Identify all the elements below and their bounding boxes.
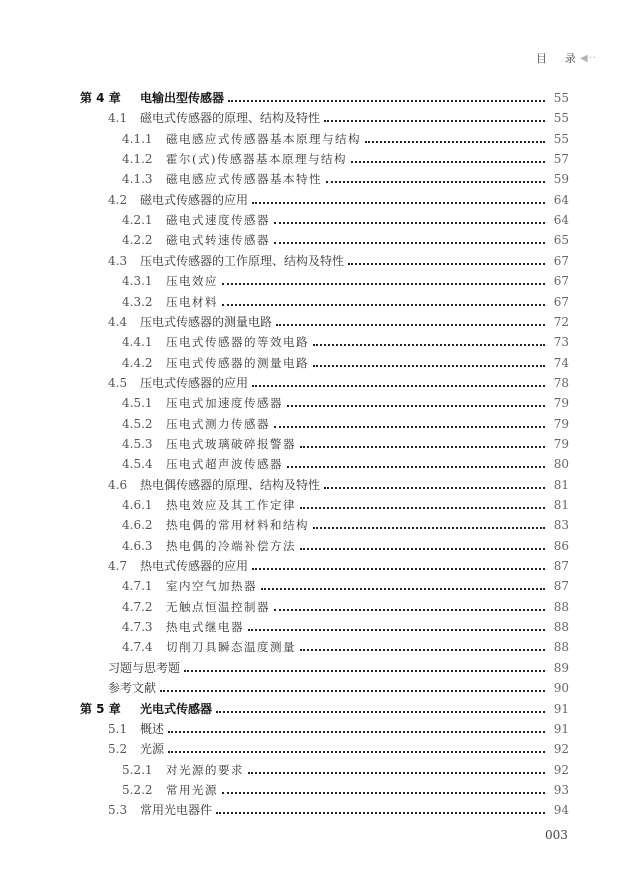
dot-leader	[274, 597, 545, 617]
toc-entry-subsection[interactable]: 4.3.2压电材料67	[122, 292, 569, 312]
toc-entry-section[interactable]: 4.2磁电式传感器的应用64	[108, 190, 569, 210]
arrow-left-icon: ◀··	[580, 53, 597, 64]
dot-leader	[351, 149, 545, 169]
toc-entry-title: 压电式传感器的工作原理、结构及特性	[140, 251, 344, 271]
dot-leader	[252, 190, 545, 210]
toc-entry-page: 64	[549, 210, 569, 230]
toc-entry-title: 压电式测力传感器	[166, 414, 270, 434]
toc-entry-number: 5.1	[108, 719, 132, 739]
toc-entry-number: 4.1.1	[122, 129, 158, 149]
toc-entry-section[interactable]: 4.5压电式传感器的应用78	[108, 373, 569, 393]
toc-entry-number: 5.2.1	[122, 760, 158, 780]
toc-entry-number: 4.4.1	[122, 332, 158, 352]
toc-entry-subsection[interactable]: 4.2.2磁电式转速传感器65	[122, 230, 569, 250]
toc-entry-title: 磁电感应式传感器基本原理与结构	[166, 129, 361, 149]
toc-entry-title: 热电偶的冷端补偿方法	[166, 536, 296, 556]
dot-leader	[261, 576, 545, 596]
toc-entry-page: 55	[549, 129, 569, 149]
toc-entry-subsection[interactable]: 4.2.1磁电式速度传感器64	[122, 210, 569, 230]
toc-entry-page: 67	[549, 292, 569, 312]
dot-leader	[184, 658, 545, 678]
dot-leader	[300, 434, 545, 454]
toc-entry-number: 4.6.3	[122, 536, 158, 556]
toc-entry-title: 磁电式速度传感器	[166, 210, 270, 230]
toc-entry-section[interactable]: 4.7热电式传感器的应用87	[108, 556, 569, 576]
dot-leader	[222, 271, 545, 291]
toc-entry-page: 79	[549, 414, 569, 434]
dot-leader	[300, 536, 545, 556]
dot-leader	[348, 251, 545, 271]
toc-entry-page: 81	[549, 475, 569, 495]
toc-entry-page: 89	[549, 658, 569, 678]
toc-entry-title: 压电式超声波传感器	[166, 454, 283, 474]
toc-entry-subsection[interactable]: 4.5.3压电式玻璃破碎报警器79	[122, 434, 569, 454]
toc-entry-page: 91	[549, 719, 569, 739]
toc-entry-section[interactable]: 4.6热电偶传感器的原理、结构及特性81	[108, 475, 569, 495]
dot-leader	[248, 760, 545, 780]
toc-entry-number: 4.5	[108, 373, 132, 393]
toc-entry-number: 4.6	[108, 475, 132, 495]
toc-entry-page: 74	[549, 353, 569, 373]
toc-entry-page: 78	[549, 373, 569, 393]
toc-entry-subsection[interactable]: 4.6.3热电偶的冷端补偿方法86	[122, 536, 569, 556]
toc-entry-subsection[interactable]: 4.7.2无触点恒温控制器88	[122, 597, 569, 617]
toc-entry-chapter[interactable]: 第 5 章光电式传感器91	[80, 699, 569, 719]
toc-entry-page: 72	[549, 312, 569, 332]
toc-entry-page: 87	[549, 556, 569, 576]
dot-leader	[324, 108, 545, 128]
toc-entry-page: 64	[549, 190, 569, 210]
toc-entry-section[interactable]: 4.1磁电式传感器的原理、结构及特性55	[108, 108, 569, 128]
toc-entry-page: 90	[549, 678, 569, 698]
dot-leader	[287, 393, 545, 413]
toc-entry-title: 热电效应及其工作定律	[166, 495, 296, 515]
toc-entry-page: 55	[549, 88, 569, 108]
toc-entry-subsection[interactable]: 5.2.2常用光源93	[122, 780, 569, 800]
toc-entry-section[interactable]: 4.4压电式传感器的测量电路72	[108, 312, 569, 332]
dot-leader	[274, 414, 545, 434]
toc-entry-section[interactable]: 5.3常用光电器件94	[108, 800, 569, 820]
running-head: 目录 ◀··	[536, 50, 597, 66]
toc-entry-title: 常用光源	[166, 780, 218, 800]
toc-entry-subsection[interactable]: 4.1.2霍尔(式)传感器基本原理与结构57	[122, 149, 569, 169]
dot-leader	[222, 292, 545, 312]
toc-entry-number: 4.1.3	[122, 169, 158, 189]
toc-entry-page: 65	[549, 230, 569, 250]
toc-entry-subsection[interactable]: 4.4.2压电式传感器的测量电路74	[122, 353, 569, 373]
toc-entry-misc[interactable]: 习题与思考题89	[108, 658, 569, 678]
dot-leader	[274, 210, 545, 230]
toc-entry-title: 压电式传感器的测量电路	[166, 353, 309, 373]
toc-entry-title: 电输出型传感器	[140, 88, 224, 108]
dot-leader	[300, 637, 545, 657]
toc-entry-subsection[interactable]: 5.2.1对光源的要求92	[122, 760, 569, 780]
toc-entry-misc[interactable]: 参考文献90	[108, 678, 569, 698]
toc-entry-number: 4.3	[108, 251, 132, 271]
toc-entry-title: 压电式玻璃破碎报警器	[166, 434, 296, 454]
toc-entry-subsection[interactable]: 4.7.4切削刀具瞬态温度测量88	[122, 637, 569, 657]
toc-entry-subsection[interactable]: 4.4.1压电式传感器的等效电路73	[122, 332, 569, 352]
toc-entry-number: 4.5.2	[122, 414, 158, 434]
toc-entry-title: 压电式传感器的应用	[140, 373, 248, 393]
toc-entry-title: 磁电式传感器的应用	[140, 190, 248, 210]
toc-entry-number: 4.7.3	[122, 617, 158, 637]
toc-entry-number: 第 5 章	[80, 699, 132, 719]
toc-entry-number: 4.7.4	[122, 637, 158, 657]
toc-entry-number: 4.3.2	[122, 292, 158, 312]
dot-leader	[326, 169, 545, 189]
dot-leader	[160, 678, 545, 698]
toc-entry-number: 5.2	[108, 739, 132, 759]
toc-entry-page: 83	[549, 515, 569, 535]
toc-entry-title: 习题与思考题	[108, 658, 180, 678]
toc-entry-number: 4.7.1	[122, 576, 158, 596]
toc-entry-title: 热电式继电器	[166, 617, 244, 637]
toc-entry-page: 80	[549, 454, 569, 474]
toc-entry-page: 92	[549, 739, 569, 759]
toc-entry-title: 压电式加速度传感器	[166, 393, 283, 413]
toc-entry-page: 92	[549, 760, 569, 780]
toc-entry-page: 55	[549, 108, 569, 128]
toc-entry-title: 室内空气加热器	[166, 576, 257, 596]
toc-entry-title: 磁电式转速传感器	[166, 230, 270, 250]
dot-leader	[252, 373, 545, 393]
toc-entry-number: 4.4	[108, 312, 132, 332]
toc-entry-title: 热电偶的常用材料和结构	[166, 515, 309, 535]
toc-entry-number: 5.2.2	[122, 780, 158, 800]
toc-entry-number: 4.2	[108, 190, 132, 210]
toc-entry-title: 光源	[140, 739, 164, 759]
toc-entry-page: 88	[549, 617, 569, 637]
toc-entry-number: 4.6.1	[122, 495, 158, 515]
toc-entry-page: 81	[549, 495, 569, 515]
toc-entry-number: 4.2.1	[122, 210, 158, 230]
dot-leader	[287, 454, 545, 474]
dot-leader	[324, 475, 545, 495]
dot-leader	[313, 515, 545, 535]
toc-entry-title: 对光源的要求	[166, 760, 244, 780]
toc-entry-page: 73	[549, 332, 569, 352]
dot-leader	[313, 353, 545, 373]
dot-leader	[216, 800, 545, 820]
dot-leader	[365, 129, 545, 149]
dot-leader	[313, 332, 545, 352]
toc-entry-number: 4.5.3	[122, 434, 158, 454]
dot-leader	[274, 230, 545, 250]
toc-entry-number: 4.5.1	[122, 393, 158, 413]
toc-entry-title: 概述	[140, 719, 164, 739]
page-number: 003	[545, 828, 568, 842]
dot-leader	[276, 312, 545, 332]
toc-entry-subsection[interactable]: 4.3.1压电效应67	[122, 271, 569, 291]
toc-entry-page: 91	[549, 699, 569, 719]
toc-entry-number: 4.2.2	[122, 230, 158, 250]
dot-leader	[300, 495, 545, 515]
dot-leader	[228, 88, 545, 108]
toc-entry-title: 常用光电器件	[140, 800, 212, 820]
toc-entry-title: 压电效应	[166, 271, 218, 291]
toc-entry-subsection[interactable]: 4.5.2压电式测力传感器79	[122, 414, 569, 434]
toc-entry-section[interactable]: 4.3压电式传感器的工作原理、结构及特性67	[108, 251, 569, 271]
dot-leader	[252, 556, 545, 576]
toc-entry-number: 4.4.2	[122, 353, 158, 373]
toc-entry-number: 4.6.2	[122, 515, 158, 535]
toc-entry-subsection[interactable]: 4.6.1热电效应及其工作定律81	[122, 495, 569, 515]
toc-entry-number: 4.7.2	[122, 597, 158, 617]
toc-entry-title: 热电式传感器的应用	[140, 556, 248, 576]
toc-entry-title: 光电式传感器	[140, 699, 212, 719]
toc-entry-title: 压电材料	[166, 292, 218, 312]
toc-entry-title: 热电偶传感器的原理、结构及特性	[140, 475, 320, 495]
toc-entry-number: 4.1	[108, 108, 132, 128]
toc-entry-chapter[interactable]: 第 4 章电输出型传感器55	[80, 88, 569, 108]
dot-leader	[248, 617, 545, 637]
toc-entry-title: 霍尔(式)传感器基本原理与结构	[166, 149, 347, 169]
toc-entry-page: 87	[549, 576, 569, 596]
toc-entry-number: 4.1.2	[122, 149, 158, 169]
toc-entry-page: 67	[549, 271, 569, 291]
toc-entry-page: 79	[549, 434, 569, 454]
dot-leader	[216, 699, 545, 719]
toc-entry-subsection[interactable]: 4.7.1室内空气加热器87	[122, 576, 569, 596]
toc-entry-section[interactable]: 5.1概述91	[108, 719, 569, 739]
toc-entry-number: 5.3	[108, 800, 132, 820]
toc-entry-subsection[interactable]: 4.7.3热电式继电器88	[122, 617, 569, 637]
toc-entry-page: 59	[549, 169, 569, 189]
toc-entry-number: 4.7	[108, 556, 132, 576]
toc-entry-subsection[interactable]: 4.1.3磁电感应式传感器基本特性59	[122, 169, 569, 189]
toc-entry-page: 67	[549, 251, 569, 271]
toc-entry-page: 86	[549, 536, 569, 556]
toc-entry-page: 88	[549, 637, 569, 657]
dot-leader	[168, 739, 545, 759]
toc-entry-page: 88	[549, 597, 569, 617]
toc-entry-section[interactable]: 5.2光源92	[108, 739, 569, 759]
toc-entry-subsection[interactable]: 4.5.4压电式超声波传感器80	[122, 454, 569, 474]
toc-entry-page: 93	[549, 780, 569, 800]
toc-entry-title: 磁电式传感器的原理、结构及特性	[140, 108, 320, 128]
toc-entry-number: 第 4 章	[80, 88, 132, 108]
toc-entry-title: 压电式传感器的等效电路	[166, 332, 309, 352]
toc-entry-number: 4.3.1	[122, 271, 158, 291]
toc-entry-title: 切削刀具瞬态温度测量	[166, 637, 296, 657]
toc-entry-subsection[interactable]: 4.1.1磁电感应式传感器基本原理与结构55	[122, 129, 569, 149]
toc-entry-title: 压电式传感器的测量电路	[140, 312, 272, 332]
toc-entry-page: 57	[549, 149, 569, 169]
toc-entry-subsection[interactable]: 4.6.2热电偶的常用材料和结构83	[122, 515, 569, 535]
toc-entry-subsection[interactable]: 4.5.1压电式加速度传感器79	[122, 393, 569, 413]
toc-entry-page: 94	[549, 800, 569, 820]
toc-entry-title: 参考文献	[108, 678, 156, 698]
toc-entry-number: 4.5.4	[122, 454, 158, 474]
toc-entry-title: 磁电感应式传感器基本特性	[166, 169, 322, 189]
toc-entry-page: 79	[549, 393, 569, 413]
dot-leader	[222, 780, 545, 800]
dot-leader	[168, 719, 545, 739]
toc-entry-title: 无触点恒温控制器	[166, 597, 270, 617]
